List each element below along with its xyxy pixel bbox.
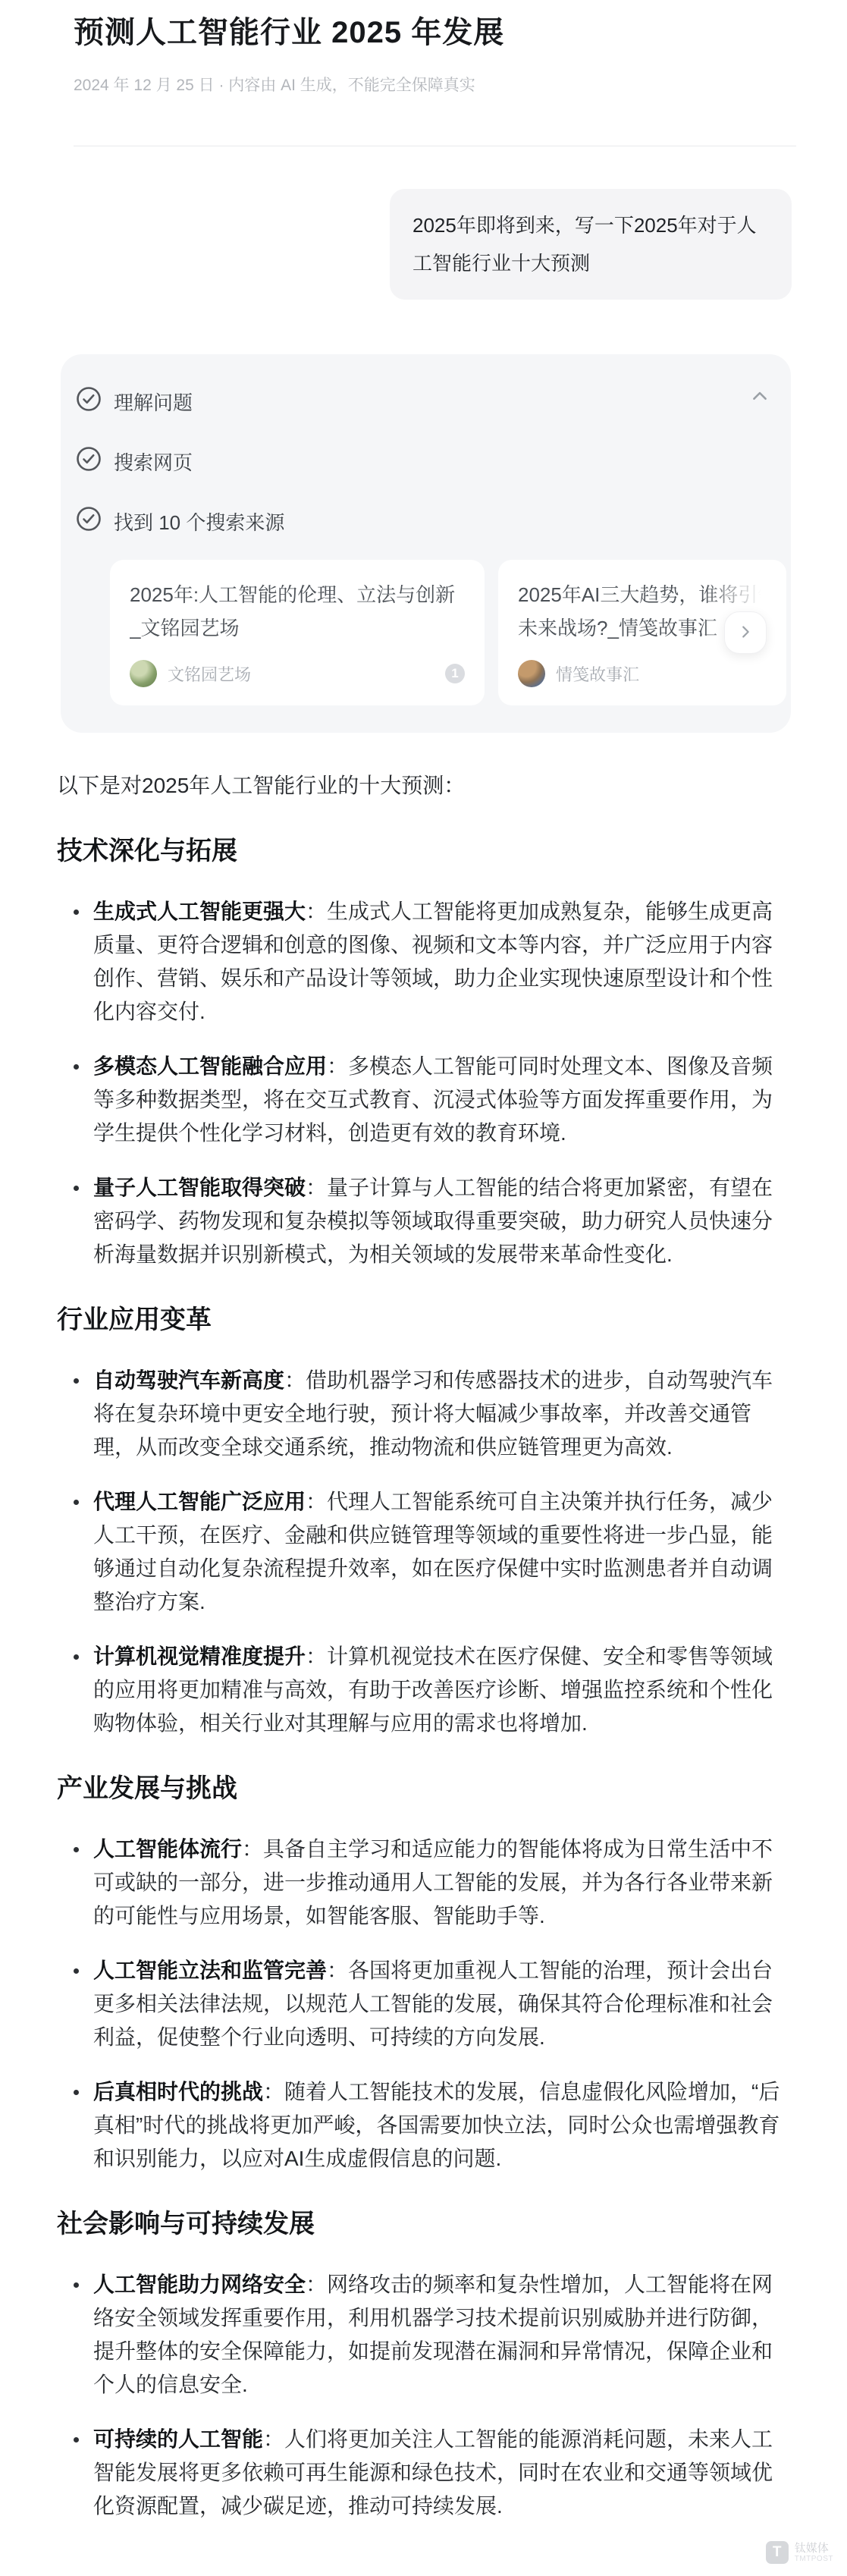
source-name: 文铭园艺场 bbox=[168, 662, 251, 686]
bullet-dot bbox=[74, 1847, 79, 1852]
citation-count-badge: 1 bbox=[445, 664, 465, 683]
step-understand: 理解问题 bbox=[76, 386, 791, 417]
step-sources-found: 找到 10 个搜索来源 bbox=[76, 506, 791, 537]
bullet-dot bbox=[74, 1968, 79, 1974]
prediction-item: 代理人工智能广泛应用：代理人工智能系统可自主决策并执行任务，减少人工干预，在医疗… bbox=[57, 1485, 788, 1619]
section-heading: 产业发展与挑战 bbox=[57, 1772, 788, 1805]
chevron-up-icon bbox=[750, 387, 770, 409]
bullet-dot bbox=[74, 1500, 79, 1505]
check-circle-icon bbox=[76, 386, 102, 417]
more-sources-button[interactable] bbox=[724, 611, 767, 654]
prediction-item: 可持续的人工智能：人们将更加关注人工智能的能源消耗问题，未来人工智能发展将更多依… bbox=[57, 2423, 788, 2523]
source-card-title: 2025年:人工智能的伦理、立法与创新_文铭园艺场 bbox=[130, 578, 465, 645]
source-avatar bbox=[130, 660, 157, 687]
prediction-label: 生成式人工智能更强大 bbox=[93, 900, 306, 923]
user-message-bubble: 2025年即将到来，写一下2025年对于人工智能行业十大预测 bbox=[390, 189, 792, 300]
source-avatar bbox=[518, 660, 545, 687]
source-card-footer: 情笺故事汇 bbox=[518, 660, 767, 687]
prediction-list: 自动驾驶汽车新高度：借助机器学习和传感器技术的进步，自动驾驶汽车将在复杂环境中更… bbox=[57, 1364, 788, 1740]
intro-line: 以下是对2025年人工智能行业的十大预测： bbox=[57, 769, 788, 803]
date-disclaimer: 2024 年 12 月 25 日 · 内容由 AI 生成，不能完全保障真实 bbox=[74, 73, 796, 96]
article-page: 预测人工智能行业 2025 年发展 2024 年 12 月 25 日 · 内容由… bbox=[0, 0, 847, 2576]
bullet-dot bbox=[74, 1654, 79, 1660]
prediction-label: 代理人工智能广泛应用 bbox=[93, 1490, 306, 1513]
source-card[interactable]: 2025年:人工智能的伦理、立法与创新_文铭园艺场 文铭园艺场 1 bbox=[110, 560, 485, 705]
bullet-dot bbox=[74, 909, 79, 915]
page-title: 预测人工智能行业 2025 年发展 bbox=[74, 12, 796, 53]
bullet-dot bbox=[74, 1186, 79, 1191]
prediction-label: 自动驾驶汽车新高度 bbox=[93, 1368, 284, 1392]
prediction-label: 可持续的人工智能 bbox=[93, 2427, 263, 2451]
section-heading: 技术深化与拓展 bbox=[57, 834, 788, 868]
bullet-dot bbox=[74, 2090, 79, 2095]
prediction-label: 计算机视觉精准度提升 bbox=[93, 1645, 306, 1668]
prediction-label: 后真相时代的挑战 bbox=[93, 2080, 263, 2103]
watermark-sub: TMTPOST bbox=[795, 2555, 833, 2564]
chevron-right-icon bbox=[737, 624, 754, 642]
section-heading: 行业应用变革 bbox=[57, 1303, 788, 1337]
search-process-panel: 理解问题 搜索网页 找到 10 个搜索来源 2025年:人工智能的伦理、立法与创… bbox=[61, 354, 791, 733]
prediction-item: 人工智能体流行：具备自主学习和适应能力的智能体将成为日常生活中不可或缺的一部分，… bbox=[57, 1833, 788, 1933]
prediction-item: 生成式人工智能更强大：生成式人工智能将更加成熟复杂，能够生成更高质量、更符合逻辑… bbox=[57, 895, 788, 1029]
bullet-dot bbox=[74, 1378, 79, 1384]
prediction-label: 多模态人工智能融合应用 bbox=[93, 1054, 327, 1078]
prediction-item: 量子人工智能取得突破：量子计算与人工智能的结合将更加紧密，有望在密码学、药物发现… bbox=[57, 1171, 788, 1271]
bullet-dot bbox=[74, 1064, 79, 1070]
prediction-list: 人工智能助力网络安全：网络攻击的频率和复杂性增加，人工智能将在网络安全领域发挥重… bbox=[57, 2268, 788, 2523]
collapse-panel-button[interactable] bbox=[747, 385, 773, 410]
step-list: 理解问题 搜索网页 找到 10 个搜索来源 bbox=[61, 386, 791, 537]
section-heading: 社会影响与可持续发展 bbox=[57, 2207, 788, 2241]
prediction-label: 人工智能助力网络安全 bbox=[93, 2273, 306, 2296]
prediction-label: 量子人工智能取得突破 bbox=[93, 1176, 306, 1199]
prediction-item: 多模态人工智能融合应用：多模态人工智能可同时处理文本、图像及音频等多种数据类型，… bbox=[57, 1050, 788, 1150]
source-card-row: 2025年:人工智能的伦理、立法与创新_文铭园艺场 文铭园艺场 1 2025年A… bbox=[110, 560, 791, 705]
step-label: 搜索网页 bbox=[114, 448, 193, 476]
source-name: 情笺故事汇 bbox=[556, 662, 639, 686]
prediction-list: 生成式人工智能更强大：生成式人工智能将更加成熟复杂，能够生成更高质量、更符合逻辑… bbox=[57, 895, 788, 1271]
bullet-dot bbox=[74, 2437, 79, 2442]
prediction-item: 后真相时代的挑战：随着人工智能技术的发展，信息虚假化风险增加，“后真相”时代的挑… bbox=[57, 2075, 788, 2175]
step-search-web: 搜索网页 bbox=[76, 446, 791, 477]
check-circle-icon bbox=[76, 446, 102, 477]
prediction-label: 人工智能立法和监管完善 bbox=[93, 1959, 327, 1982]
bullet-dot bbox=[74, 2282, 79, 2288]
watermark-text: 钛媒体 TMTPOST bbox=[795, 2542, 833, 2564]
tmtpost-logo-icon: T bbox=[766, 2541, 789, 2564]
prediction-list: 人工智能体流行：具备自主学习和适应能力的智能体将成为日常生活中不可或缺的一部分，… bbox=[57, 1833, 788, 2175]
chat-row: 2025年即将到来，写一下2025年对于人工智能行业十大预测 bbox=[0, 146, 847, 300]
step-label: 理解问题 bbox=[114, 388, 193, 416]
watermark: T 钛媒体 TMTPOST bbox=[766, 2541, 833, 2564]
header: 预测人工智能行业 2025 年发展 2024 年 12 月 25 日 · 内容由… bbox=[0, 0, 847, 96]
prediction-label: 人工智能体流行 bbox=[93, 1837, 242, 1861]
watermark-name: 钛媒体 bbox=[795, 2542, 833, 2555]
prediction-item: 人工智能助力网络安全：网络攻击的频率和复杂性增加，人工智能将在网络安全领域发挥重… bbox=[57, 2268, 788, 2402]
check-circle-icon bbox=[76, 506, 102, 537]
source-card-footer: 文铭园艺场 1 bbox=[130, 660, 465, 687]
prediction-item: 计算机视觉精准度提升：计算机视觉技术在医疗保健、安全和零售等领域的应用将更加精准… bbox=[57, 1640, 788, 1740]
step-label: 找到 10 个搜索来源 bbox=[114, 507, 284, 536]
prediction-item: 人工智能立法和监管完善：各国将更加重视人工智能的治理，预计会出台更多相关法律法规… bbox=[57, 1954, 788, 2054]
ai-answer: 以下是对2025年人工智能行业的十大预测： 技术深化与拓展 生成式人工智能更强大… bbox=[0, 733, 847, 2576]
prediction-item: 自动驾驶汽车新高度：借助机器学习和传感器技术的进步，自动驾驶汽车将在复杂环境中更… bbox=[57, 1364, 788, 1464]
